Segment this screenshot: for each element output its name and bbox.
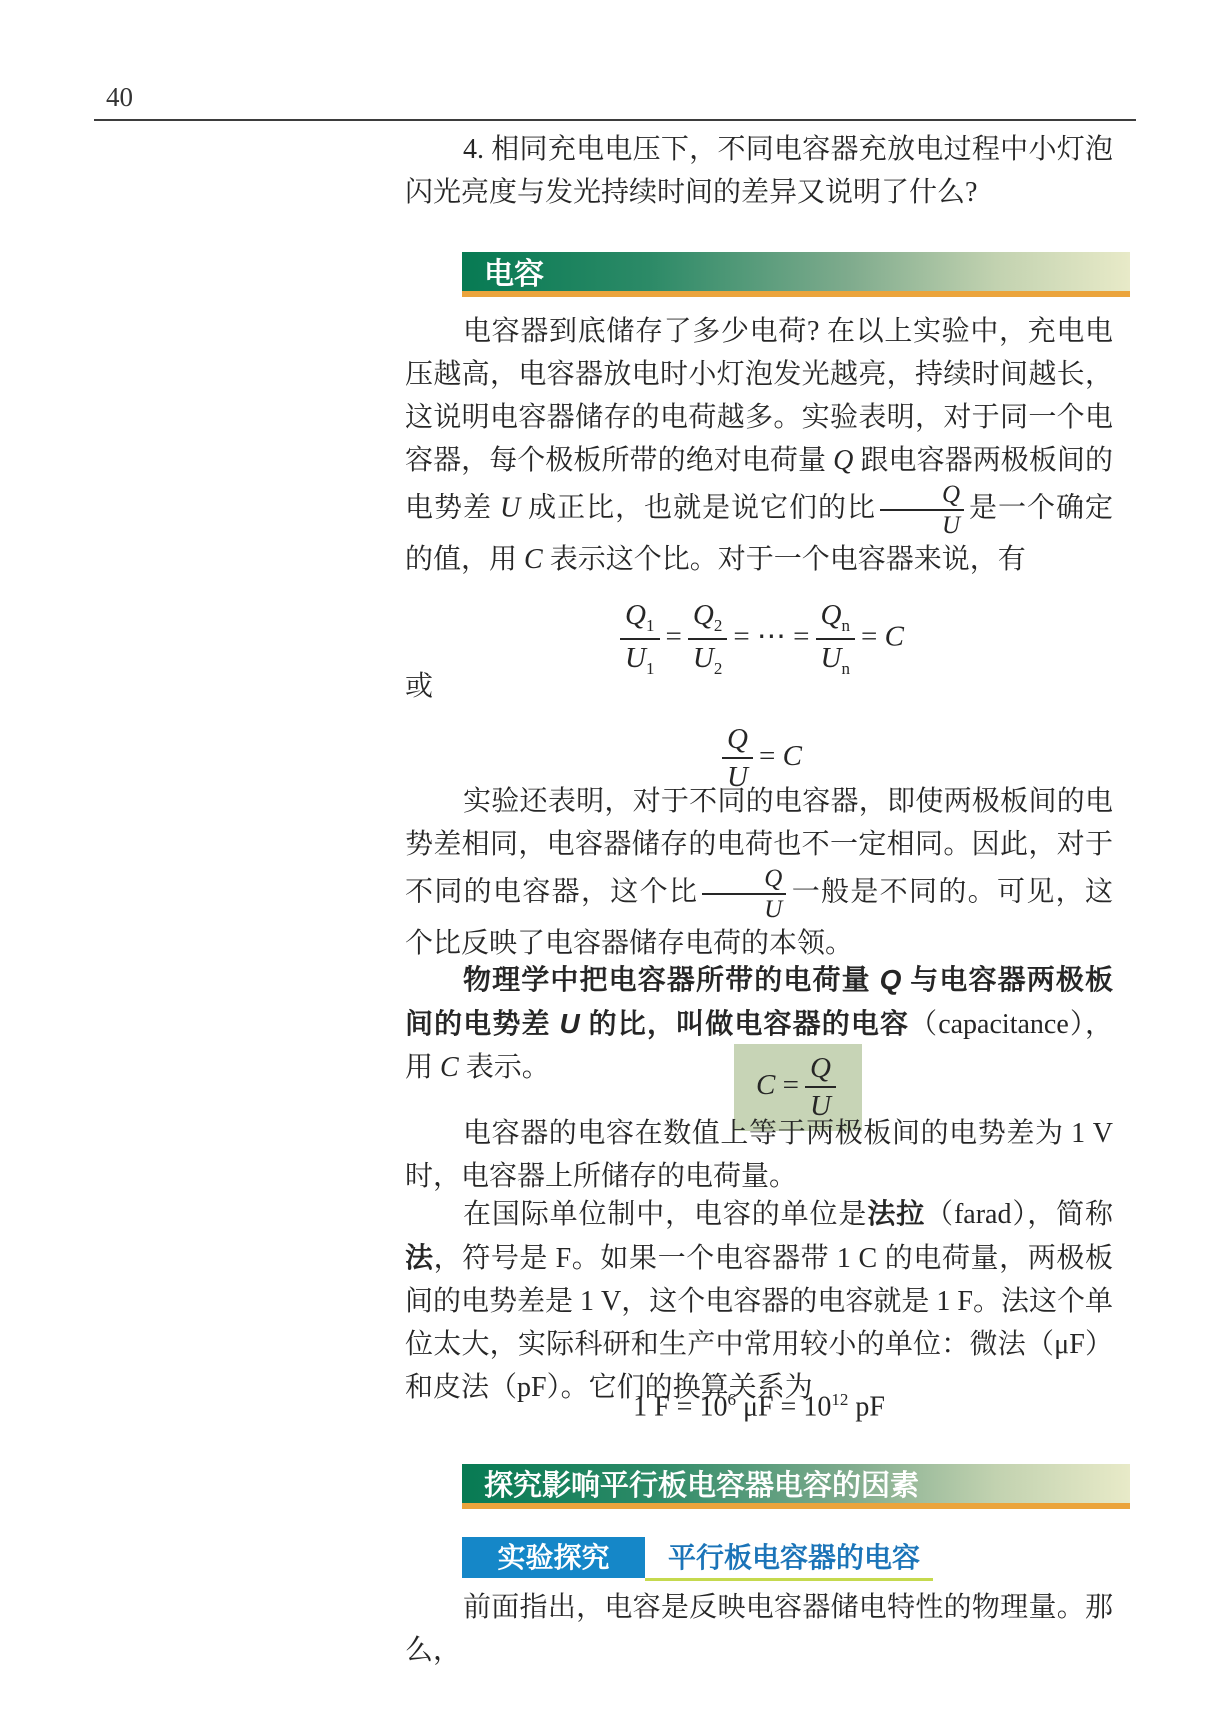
var-C: C	[524, 544, 543, 575]
or-connector: 或	[405, 664, 433, 704]
inline-fraction-QU: QU	[702, 866, 786, 922]
fraction-denominator: U	[880, 511, 964, 538]
units-seg: 1 F = 10	[633, 1391, 727, 1422]
equals-sign: =	[733, 620, 749, 652]
subscript-n: n	[841, 616, 850, 635]
subscript-1: 1	[646, 616, 655, 635]
fraction-numerator: Q	[805, 1053, 836, 1088]
var-Q: Q	[693, 599, 714, 631]
equals-sign: =	[783, 1069, 799, 1101]
fraction-Qn-Un: QnUn	[816, 600, 855, 677]
p3-text: 电容器的电容在数值上等于两极板间的电势差为 1 V 时，电容器上所储存的电荷量。	[405, 1118, 1113, 1192]
body-paragraph-3: 电容器的电容在数值上等于两极板间的电势差为 1 V 时，电容器上所储存的电荷量。	[405, 1112, 1113, 1198]
exponent-12: 12	[831, 1390, 848, 1409]
var-U: U	[821, 642, 842, 674]
experiment-title-text: 平行板电容器的电容	[668, 1542, 920, 1573]
p4-seg: 在国际单位制中，电容的单位是	[463, 1199, 867, 1230]
fraction-denominator: U1	[620, 640, 659, 678]
subscript-n: n	[841, 658, 850, 677]
fraction-numerator: Q2	[688, 600, 727, 640]
question-text: 4. 相同充电电压下，不同电容器充放电过程中小灯泡闪光亮度与发光持续时间的差异又…	[405, 134, 1113, 208]
p4-seg: ，符号是 F。如果一个电容器带 1 C 的电荷量，两极板间的电势差是 1 V，这…	[405, 1243, 1113, 1403]
var-U: U	[625, 642, 646, 674]
section-header-capacitance: 电容	[462, 252, 1130, 297]
units-conversion-formula: 1 F = 106 μF = 1012 pF	[405, 1390, 1113, 1423]
equals-sign: =	[861, 620, 877, 652]
equals-sign: =	[759, 740, 775, 772]
var-U: U	[560, 1008, 580, 1039]
experiment-title: 平行板电容器的电容	[668, 1537, 920, 1578]
p4-bold-fa: 法	[405, 1242, 434, 1273]
subscript-2: 2	[714, 658, 723, 677]
definition-bold-seg: 的比，叫做电容器的电容	[580, 1008, 909, 1039]
ellipsis: ⋯	[757, 620, 786, 652]
equals-sign: =	[666, 620, 682, 652]
fraction-denominator: U2	[688, 640, 727, 678]
fraction-numerator: Qn	[816, 600, 855, 640]
section-title: 探究影响平行板电容器电容的因素	[484, 1470, 919, 1502]
definition-bold-seg: 物理学中把电容器所带的电荷量	[463, 964, 880, 995]
var-Q: Q	[821, 599, 842, 631]
p1-seg: 成正比，也就是说它们的比	[520, 492, 876, 523]
fraction-denominator: U	[702, 895, 786, 922]
equals-sign: =	[793, 620, 809, 652]
fraction-Q2-U2: Q2U2	[688, 600, 727, 677]
fraction-numerator: Q	[880, 482, 964, 511]
experiment-title-underline	[645, 1578, 933, 1581]
var-Q: Q	[833, 445, 853, 476]
fraction-denominator: Un	[816, 640, 855, 678]
header-rule	[94, 119, 1136, 121]
exponent-6: 6	[727, 1390, 736, 1409]
experiment-explore-tag: 实验探究	[462, 1537, 645, 1578]
body-paragraph-4: 在国际单位制中，电容的单位是法拉（farad），简称法，符号是 F。如果一个电容…	[405, 1192, 1113, 1409]
p4-bold-farad: 法拉	[867, 1198, 925, 1229]
formula-ratio-chain: Q1U1=Q2U2= ⋯ =QnUn= C	[405, 600, 1113, 677]
body-paragraph-1: 电容器到底储存了多少电荷? 在以上实验中，充电电压越高，电容器放电时小灯泡发光越…	[405, 310, 1113, 581]
units-seg: pF	[848, 1391, 885, 1422]
inline-fraction-QU: QU	[880, 482, 964, 538]
fraction-numerator: Q1	[620, 600, 659, 640]
fraction-numerator: Q	[722, 724, 753, 759]
p1-seg: 表示这个比。对于一个电容器来说，有	[543, 544, 1026, 575]
p5-text: 前面指出，电容是反映电容器储电特性的物理量。那么，	[405, 1592, 1113, 1666]
subscript-1: 1	[646, 658, 655, 677]
page-number: 40	[106, 82, 133, 113]
tag-label: 实验探究	[497, 1542, 609, 1573]
var-C: C	[756, 1069, 775, 1101]
var-Q: Q	[625, 599, 646, 631]
subscript-2: 2	[714, 616, 723, 635]
var-C: C	[885, 620, 904, 652]
fraction-numerator: Q	[702, 866, 786, 895]
units-seg: μF = 10	[736, 1391, 831, 1422]
question-paragraph: 4. 相同充电电压下，不同电容器充放电过程中小灯泡闪光亮度与发光持续时间的差异又…	[405, 128, 1113, 214]
var-Q: Q	[880, 964, 902, 995]
section-title: 电容	[484, 258, 544, 291]
p4-seg: （farad），简称	[925, 1199, 1113, 1230]
var-U: U	[500, 492, 520, 523]
var-U: U	[693, 642, 714, 674]
body-paragraph-2: 实验还表明，对于不同的电容器，即使两极板间的电势差相同，电容器储存的电荷也不一定…	[405, 780, 1113, 965]
fraction-Q1-U1: Q1U1	[620, 600, 659, 677]
textbook-page: 40 4. 相同充电电压下，不同电容器充放电过程中小灯泡闪光亮度与发光持续时间的…	[0, 0, 1224, 1717]
section-header-explore-factors: 探究影响平行板电容器电容的因素	[462, 1464, 1130, 1509]
var-C: C	[783, 740, 802, 772]
body-paragraph-5: 前面指出，电容是反映电容器储电特性的物理量。那么，	[405, 1586, 1113, 1672]
